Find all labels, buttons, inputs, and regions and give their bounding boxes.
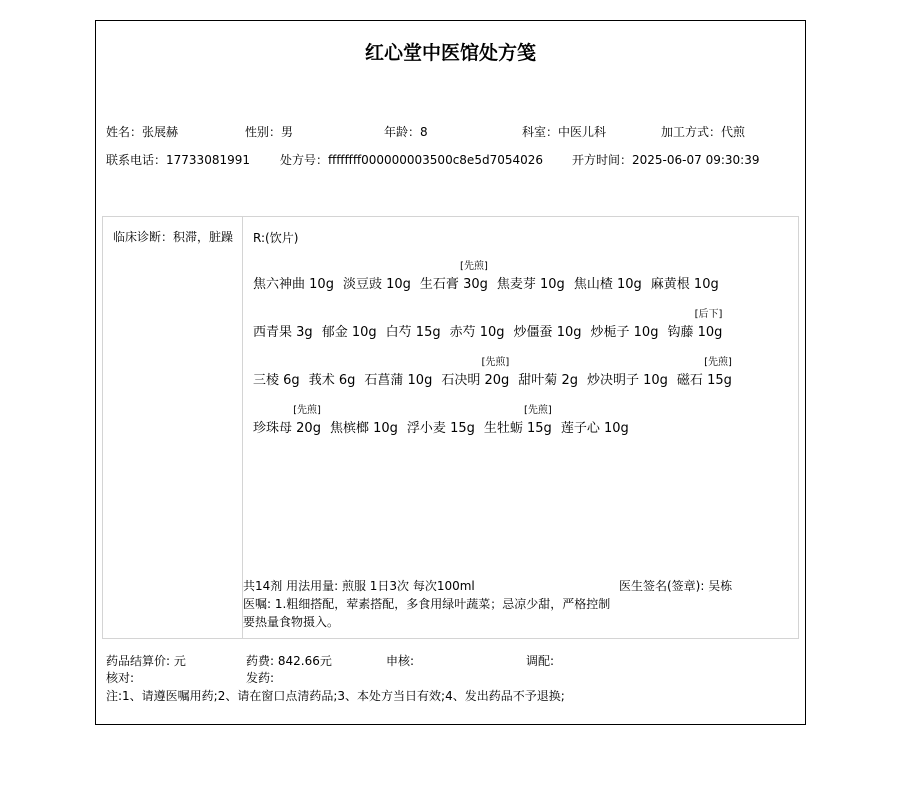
- patient-info-row-1: 姓名：张展赫 性别：男 年龄：8 科室：中医儿科 加工方式：代煎: [106, 123, 796, 139]
- herb-item: 焦六神曲 10g: [253, 257, 334, 292]
- herb-dose: 10g: [373, 421, 398, 436]
- herb-note: [先煎]: [481, 353, 509, 368]
- herb-dose: 6g: [283, 373, 300, 388]
- herb-item: 三棱 6g: [253, 353, 300, 388]
- herb-name: 赤芍: [450, 325, 476, 340]
- herb-dose: 15g: [416, 325, 441, 340]
- herb-name: 石菖蒲: [364, 373, 403, 388]
- herb-dose: 6g: [339, 373, 356, 388]
- herb-item: 浮小麦 15g: [407, 401, 475, 436]
- prescription-number: 处方号：ffffffff000000003500c8e5d7054026: [280, 151, 543, 168]
- herb-dose: 30g: [463, 277, 488, 292]
- page-title: 红心堂中医馆处方笺: [96, 38, 805, 65]
- herb-item: 淡豆豉 10g: [343, 257, 411, 292]
- doctor-signature: 医生签名(签章): 吴栋: [619, 577, 732, 594]
- herb-name: 郁金: [322, 325, 348, 340]
- herbs-cell: R:(饮片) 焦六神曲 10g淡豆豉 10g[先煎]生石膏 30g焦麦芽 10g…: [243, 217, 798, 638]
- herb-note: [先煎]: [524, 401, 552, 416]
- herb-name: 焦槟榔: [330, 421, 369, 436]
- herb-dose: 10g: [352, 325, 377, 340]
- drug-fee: 药费: 842.66元: [246, 652, 332, 669]
- herb-note: [先煎]: [293, 401, 321, 416]
- herb-name: 焦麦芽: [497, 277, 536, 292]
- herb-dose: 10g: [643, 373, 668, 388]
- herb-item: [先煎]石决明 20g: [441, 353, 509, 388]
- herb-name: 甜叶菊: [518, 373, 557, 388]
- settle-price: 药品结算价: 元: [106, 652, 186, 669]
- herb-name: 淡豆豉: [343, 277, 382, 292]
- herb-item: 莪术 6g: [309, 353, 356, 388]
- herb-note: [后下]: [695, 305, 723, 320]
- herb-row: 三棱 6g莪术 6g石菖蒲 10g[先煎]石决明 20g甜叶菊 2g炒决明子 1…: [253, 353, 741, 393]
- herb-dose: 20g: [484, 373, 509, 388]
- herb-name: 炒僵蚕: [514, 325, 553, 340]
- herb-dose: 20g: [296, 421, 321, 436]
- prescription-time: 开方时间：2025-06-07 09:30:39: [572, 151, 759, 168]
- herb-item: 赤芍 10g: [450, 305, 505, 340]
- herb-name: 炒决明子: [587, 373, 639, 388]
- herb-item: 石菖蒲 10g: [364, 353, 432, 388]
- herb-item: [先煎]磁石 15g: [677, 353, 732, 388]
- herb-item: 西青果 3g: [253, 305, 313, 340]
- herb-dose: 10g: [634, 325, 659, 340]
- herb-dose: 15g: [707, 373, 732, 388]
- herb-item: 莲子心 10g: [561, 401, 629, 436]
- herb-item: [先煎]生牡蛎 15g: [484, 401, 552, 436]
- herb-item: 焦麦芽 10g: [497, 257, 565, 292]
- patient-age: 年龄：8: [384, 123, 428, 140]
- herb-row: 焦六神曲 10g淡豆豉 10g[先煎]生石膏 30g焦麦芽 10g焦山楂 10g…: [253, 257, 728, 297]
- issue-field: 发药:: [246, 669, 274, 686]
- herb-dose: 10g: [408, 373, 433, 388]
- diagnosis-cell: 临床诊断：积滞，脏躁: [103, 217, 243, 638]
- herb-name: 浮小麦: [407, 421, 446, 436]
- herb-item: [后下]钩藤 10g: [667, 305, 722, 340]
- herb-name: 莪术: [309, 373, 335, 388]
- process-method: 加工方式：代煎: [661, 123, 745, 140]
- doctor-advice: 医嘱: 1.粗细搭配，荤素搭配，多食用绿叶蔬菜；忌凉少甜，严格控制要热量食物摄入…: [243, 595, 618, 631]
- herb-item: [先煎]珍珠母 20g: [253, 401, 321, 436]
- herb-dose: 3g: [296, 325, 313, 340]
- patient-gender: 性别：男: [245, 123, 293, 140]
- herb-item: 麻黄根 10g: [651, 257, 719, 292]
- herb-item: 白芍 15g: [386, 305, 441, 340]
- dispense-field: 调配:: [526, 652, 554, 669]
- prescription-sheet: 红心堂中医馆处方笺 姓名：张展赫 性别：男 年龄：8 科室：中医儿科 加工方式：…: [95, 20, 806, 725]
- herb-dose: 10g: [309, 277, 334, 292]
- herb-name: 焦六神曲: [253, 277, 305, 292]
- herb-name: 石决明: [441, 373, 480, 388]
- herb-dose: 10g: [386, 277, 411, 292]
- herb-dose: 10g: [540, 277, 565, 292]
- herb-name: 西青果: [253, 325, 292, 340]
- herb-row: [先煎]珍珠母 20g焦槟榔 10g浮小麦 15g[先煎]生牡蛎 15g莲子心 …: [253, 401, 638, 441]
- herb-item: 炒僵蚕 10g: [514, 305, 582, 340]
- herb-dose: 2g: [561, 373, 578, 388]
- check-field: 核对:: [106, 669, 134, 686]
- herb-dose: 10g: [604, 421, 629, 436]
- patient-name: 姓名：张展赫: [106, 123, 178, 140]
- herb-dose: 15g: [527, 421, 552, 436]
- herb-item: [先煎]生石膏 30g: [420, 257, 488, 292]
- herb-item: 甜叶菊 2g: [518, 353, 578, 388]
- prescription-table: 临床诊断：积滞，脏躁 R:(饮片) 焦六神曲 10g淡豆豉 10g[先煎]生石膏…: [102, 216, 799, 639]
- herb-name: 三棱: [253, 373, 279, 388]
- footer-note: 注:1、请遵医嘱用药;2、请在窗口点清药品;3、本处方当日有效;4、发出药品不予…: [106, 687, 565, 704]
- herb-item: 炒决明子 10g: [587, 353, 668, 388]
- herb-name: 生石膏: [420, 277, 459, 292]
- herb-name: 钩藤: [667, 325, 693, 340]
- herb-item: 炒栀子 10g: [591, 305, 659, 340]
- herb-note: [先煎]: [704, 353, 732, 368]
- herb-dose: 10g: [694, 277, 719, 292]
- herb-name: 白芍: [386, 325, 412, 340]
- patient-info-row-2: 联系电话：17733081991 处方号：ffffffff00000000350…: [106, 151, 796, 167]
- herb-name: 麻黄根: [651, 277, 690, 292]
- herb-dose: 10g: [480, 325, 505, 340]
- herb-note: [先煎]: [460, 257, 488, 272]
- patient-dept: 科室：中医儿科: [522, 123, 606, 140]
- herb-dose: 10g: [698, 325, 723, 340]
- herb-dose: 15g: [450, 421, 475, 436]
- review-field: 申核:: [386, 652, 414, 669]
- herb-name: 珍珠母: [253, 421, 292, 436]
- herb-name: 生牡蛎: [484, 421, 523, 436]
- herb-name: 莲子心: [561, 421, 600, 436]
- herb-name: 磁石: [677, 373, 703, 388]
- herb-dose: 10g: [557, 325, 582, 340]
- herb-row: 西青果 3g郁金 10g白芍 15g赤芍 10g炒僵蚕 10g炒栀子 10g[后…: [253, 305, 731, 345]
- herb-item: 焦山楂 10g: [574, 257, 642, 292]
- patient-phone: 联系电话：17733081991: [106, 151, 250, 168]
- herb-name: 焦山楂: [574, 277, 613, 292]
- clinical-diagnosis: 临床诊断：积滞，脏躁: [113, 228, 237, 246]
- herb-item: 郁金 10g: [322, 305, 377, 340]
- herb-dose: 10g: [617, 277, 642, 292]
- herb-item: 焦槟榔 10g: [330, 401, 398, 436]
- herb-name: 炒栀子: [591, 325, 630, 340]
- rx-label: R:(饮片): [253, 229, 298, 246]
